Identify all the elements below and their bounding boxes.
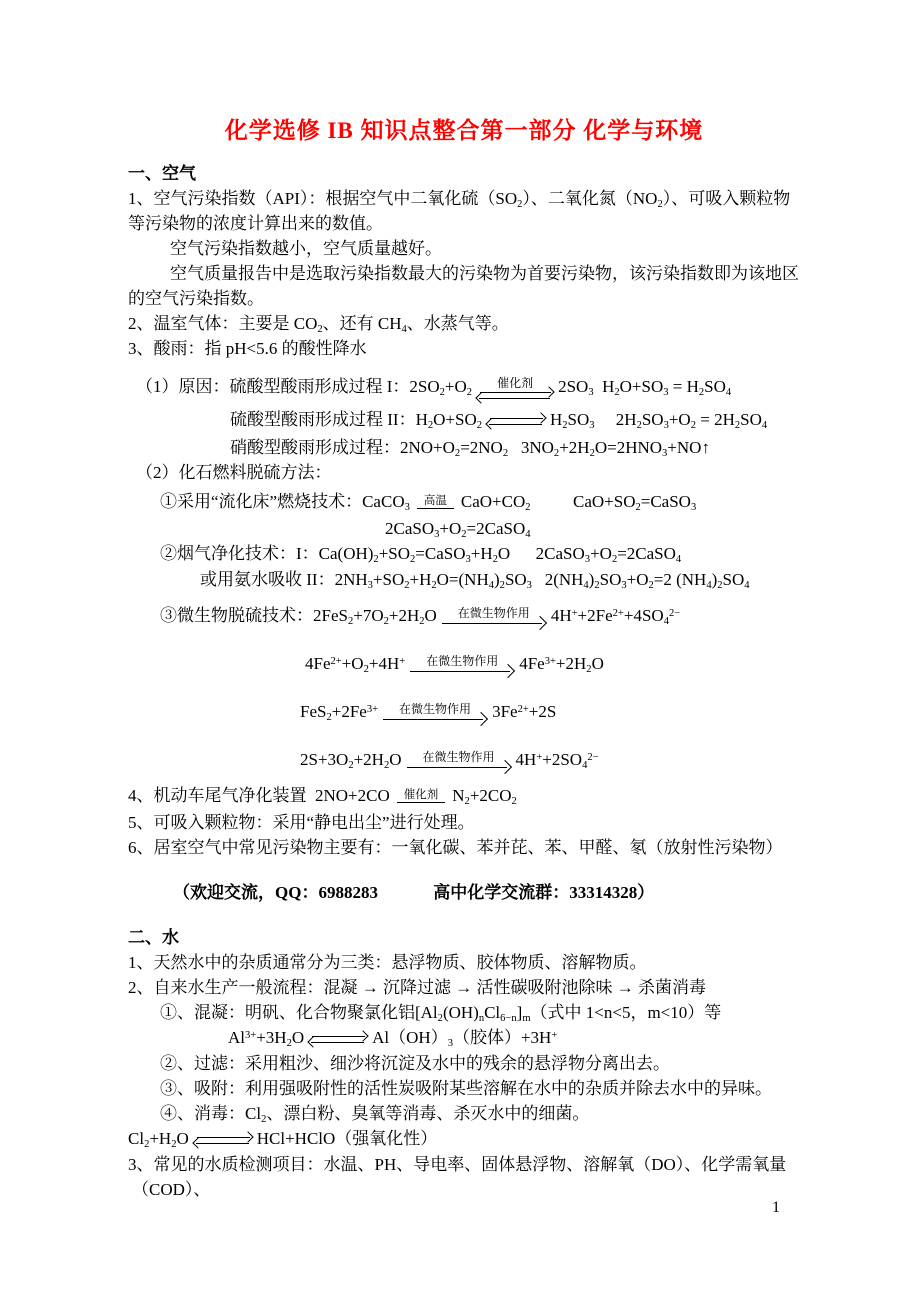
reaction-arrow-icon: 在微生物作用 [383,702,487,725]
water-quality-1: 3、常见的水质检测项目：水温、PH、导电率、固体悬浮物、溶解氧（DO）、化学需氧… [128,1152,800,1177]
text-run: ③微生物脱硫技术：2FeS2+7O2+2H2O [160,606,437,625]
disinfection: ④、消毒：Cl2、漂白粉、臭氧等消毒、杀灭水中的细菌。 [160,1101,800,1126]
acid-rain-definition: 3、酸雨：指 pH<5.6 的酸性降水 [128,336,800,361]
text-run: 或用氨水吸收 II：2NH3+SO2+H2O=(NH4)2SO3 2(NH4)2… [200,570,750,589]
text-run: 2、温室气体：主要是 CO2、还有 CH4、水蒸气等。 [128,314,509,333]
heading-air: 一、空气 [128,161,800,186]
text-run: Al3++3H2O [228,1028,304,1047]
document-page: 化学选修 IB 知识点整合第一部分 化学与环境 一、空气1、空气污染指数（API… [0,0,920,1302]
text-run: ③、吸附：利用强吸附性的活性炭吸附某些溶解在水中的杂质并除去水中的异味。 [160,1079,772,1098]
fluidized-bed-1: ①采用“流化床”燃烧技术：CaCO3高温CaO+CO2 CaO+SO2=CaSO… [160,485,800,516]
acid-rain-cause-1: （1）原因：硫酸型酸雨形成过程 I：2SO2+O2催化剂2SO3 H2O+SO3… [136,369,800,405]
text-run: （1）原因：硫酸型酸雨形成过程 I：2SO2+O2 [136,377,472,396]
text-run: 4Fe3++2H2O [519,654,604,673]
reaction-condition-label: 催化剂 [397,789,446,803]
text-run: 3、常见的水质检测项目：水温、PH、导电率、固体悬浮物、溶解氧（DO）、化学需氧… [128,1155,786,1174]
text-run: 硝酸型酸雨形成过程：2NO+O2=2NO2 3NO2+2H2O=2HNO3+NO… [230,438,710,457]
text-run: H2SO3 2H2SO3+O2 = 2H2SO4 [550,410,767,429]
text-run: （COD）、 [132,1180,210,1199]
text-run: 4H++2Fe2++4SO42− [551,606,680,625]
text-run: 2、自来水生产一般流程：混凝 → 沉降过滤 → 活性碳吸附池除味 → 杀菌消毒 [128,978,706,997]
contact-info: （欢迎交流，QQ：6988283 高中化学交流群：33314328） [173,880,800,905]
text-run: ②、过滤：采用粗沙、细沙将沉淀及水中的残余的悬浮物分离出去。 [160,1054,670,1073]
text-run: CaO+CO2 CaO+SO2=CaSO3 [461,492,696,511]
adsorption: ③、吸附：利用强吸附性的活性炭吸附某些溶解在水中的杂质并除去水中的异味。 [160,1076,800,1101]
text-run: 空气污染指数越小，空气质量越好。 [170,239,442,258]
text-run: 空气质量报告中是选取污染指数最大的污染物为首要污染物，该污染指数即为该地区 [170,264,799,283]
reaction-arrow-icon: 在微生物作用 [410,654,514,677]
text-run: 等污染物的浓度计算出来的数值。 [128,214,383,233]
text-run: 3Fe2++2S [492,702,556,721]
text-run: （2）化石燃料脱硫方法： [136,463,332,482]
document-content: 化学选修 IB 知识点整合第一部分 化学与环境 一、空气1、空气污染指数（API… [0,0,920,1202]
text-run: 6、居室空气中常见污染物主要有：一氧化碳、苯并芘、苯、甲醛、氡（放射性污染物） [128,838,783,857]
acid-rain-cause-3: 硝酸型酸雨形成过程：2NO+O2=2NO2 3NO2+2H2O=2HNO3+NO… [230,435,800,460]
api-note-2: 空气质量报告中是选取污染指数最大的污染物为首要污染物，该污染指数即为该地区 [170,261,800,286]
condition-over-line-arrow-icon: 催化剂 [397,779,446,807]
api-definition-1: 1、空气污染指数（API）：根据空气中二氧化硫（SO2）、二氧化氮（NO2）、可… [128,186,800,211]
reaction-condition-label: 在微生物作用 [407,750,511,764]
text-run: 4Fe2++O2+4H+ [305,654,405,673]
equilibrium-arrow-icon [309,1034,367,1045]
indoor-pollutants: 6、居室空气中常见污染物主要有：一氧化碳、苯并芘、苯、甲醛、氡（放射性污染物） [128,835,800,860]
text-run: 2SO3 H2O+SO3 = H2SO4 [558,377,731,396]
text-run: FeS2+2Fe3+ [300,702,378,721]
text-run: 2S+3O2+2H2O [300,750,402,769]
greenhouse-gases: 2、温室气体：主要是 CO2、还有 CH4、水蒸气等。 [128,311,800,336]
api-definition-2: 等污染物的浓度计算出来的数值。 [128,211,800,236]
condition-over-line-arrow-icon: 高温 [417,485,454,513]
document-lines: 一、空气1、空气污染指数（API）：根据空气中二氧化硫（SO2）、二氧化氮（NO… [128,161,800,1202]
equilibrium-arrow-icon [194,1135,252,1146]
text-run: 3、酸雨：指 pH<5.6 的酸性降水 [128,339,367,358]
ammonia-absorb: 或用氨水吸收 II：2NH3+SO2+H2O=(NH4)2SO3 2(NH4)2… [200,567,800,593]
reaction-condition-label: 在微生物作用 [410,654,514,668]
equilibrium-arrow-icon: 催化剂 [477,376,553,401]
text-run: Al（OH）3（胶体）+3H+ [372,1028,557,1047]
text-run: ④、消毒：Cl2、漂白粉、臭氧等消毒、杀灭水中的细菌。 [160,1104,589,1123]
text-run: Cl2+H2O [128,1129,189,1148]
page-title: 化学选修 IB 知识点整合第一部分 化学与环境 [128,116,800,146]
reaction-condition-label: 高温 [417,495,454,509]
api-note-3: 的空气污染指数。 [128,286,800,311]
acid-rain-cause-2: 硫酸型酸雨形成过程 II：H2O+SO2H2SO3 2H2SO3+O2 = 2H… [230,405,800,435]
water-quality-2: （COD）、 [132,1177,800,1202]
filtration: ②、过滤：采用粗沙、细沙将沉淀及水中的残余的悬浮物分离出去。 [160,1051,800,1076]
api-note-1: 空气污染指数越小，空气质量越好。 [170,236,800,261]
bio-desulf-1: ③微生物脱硫技术：2FeS2+7O2+2H2O在微生物作用4H++2Fe2++4… [160,597,800,635]
text-run: ②烟气净化技术：I：Ca(OH)2+SO2=CaSO3+H2O 2CaSO3+O… [160,544,681,563]
water-impurities: 1、天然水中的杂质通常分为三类：悬浮物质、胶体物质、溶解物质。 [128,950,800,975]
text-run: ①采用“流化床”燃烧技术：CaCO3 [160,492,410,511]
reaction-condition-label: 催化剂 [477,376,553,390]
bio-desulf-3: FeS2+2Fe3+在微生物作用3Fe2++2S [300,693,800,731]
particulates: 5、可吸入颗粒物：采用“静电出尘”进行处理。 [128,810,800,835]
heading-water: 二、水 [128,925,800,950]
text-run: 5、可吸入颗粒物：采用“静电出尘”进行处理。 [128,813,475,832]
text-run: HCl+HClO（强氧化性） [257,1129,438,1148]
coagulation-equation: Al3++3H2OAl（OH）3（胶体）+3H+ [228,1025,800,1051]
reaction-arrow-icon: 在微生物作用 [407,750,511,773]
vehicle-exhaust: 4、机动车尾气净化装置 2NO+2CO催化剂N2+2CO2 [128,779,800,810]
text-run: 一、空气 [128,164,196,183]
text-run: ①、混凝：明矾、化合物聚氯化铝[Al2(OH)nCl6−n]m（式中 1<n<5… [160,1003,721,1022]
text-run: 1、天然水中的杂质通常分为三类：悬浮物质、胶体物质、溶解物质。 [128,953,647,972]
text-run: 4、机动车尾气净化装置 2NO+2CO [128,786,390,805]
text-run: 二、水 [128,928,179,947]
equilibrium-arrow-icon [487,416,545,427]
text-run: 的空气污染指数。 [128,289,264,308]
text-run: 1、空气污染指数（API）：根据空气中二氧化硫（SO2）、二氧化氮（NO2）、可… [128,189,790,208]
bio-desulf-4: 2S+3O2+2H2O在微生物作用4H++2SO42− [300,741,800,779]
page-number: 1 [772,1197,780,1219]
fluidized-bed-2: 2CaSO3+O2=2CaSO4 [385,516,800,541]
bio-desulf-2: 4Fe2++O2+4H+在微生物作用4Fe3++2H2O [305,645,800,683]
reaction-condition-label: 在微生物作用 [442,606,546,620]
coagulation: ①、混凝：明矾、化合物聚氯化铝[Al2(OH)nCl6−n]m（式中 1<n<5… [160,1000,800,1025]
reaction-arrow-icon: 在微生物作用 [442,606,546,629]
chlorine-equation: Cl2+H2OHCl+HClO（强氧化性） [128,1126,800,1152]
reaction-condition-label: 在微生物作用 [383,702,487,716]
text-run: 2CaSO3+O2=2CaSO4 [385,519,531,538]
desulfurization-heading: （2）化石燃料脱硫方法： [136,460,800,485]
text-run: 硫酸型酸雨形成过程 II：H2O+SO2 [230,410,482,429]
flue-gas-purify: ②烟气净化技术：I：Ca(OH)2+SO2=CaSO3+H2O 2CaSO3+O… [160,541,800,567]
text-run: 4H++2SO42− [516,750,599,769]
water-process: 2、自来水生产一般流程：混凝 → 沉降过滤 → 活性碳吸附池除味 → 杀菌消毒 [128,975,800,1000]
text-run: N2+2CO2 [452,786,517,805]
text-run: （欢迎交流，QQ：6988283 高中化学交流群：33314328） [173,883,654,902]
